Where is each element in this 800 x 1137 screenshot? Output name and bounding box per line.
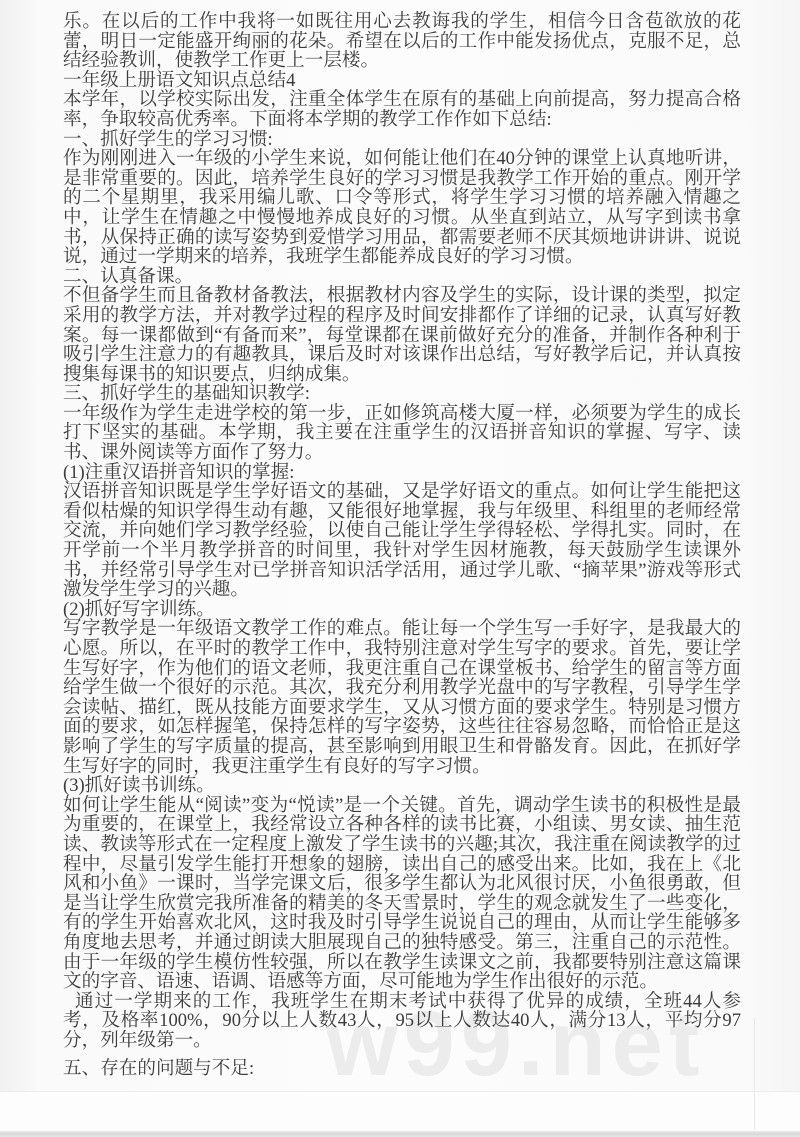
paragraph-exam-results: 通过一学期来的工作，我班学生在期末考试中获得了优异的成绩，全班44人参考，及格率… — [63, 992, 741, 1051]
document-body: 乐。在以后的工作中我将一如既往用心去教诲我的学生，相信今日含苞欲放的花蕾，明日一… — [63, 12, 741, 1079]
paragraph-reading: 如何让学生能从“阅读”变为“悦读”是一个关键。首先，调动学生读书的积极性是最为重… — [63, 796, 741, 992]
paragraph-closing-remarks: 乐。在以后的工作中我将一如既往用心去教诲我的学生，相信今日含苞欲放的花蕾，明日一… — [63, 12, 741, 71]
document-screenshot: w99.net 乐。在以后的工作中我将一如既往用心去教诲我的学生，相信今日含苞欲… — [0, 0, 800, 1137]
subheading-pinyin: (1)注重汉语拼音知识的掌握: — [63, 463, 741, 483]
subheading-reading: (3)抓好读书训练。 — [63, 776, 741, 796]
doc-section-title: 一年级上册语文知识点总结4 — [63, 71, 741, 91]
page-edge-line — [754, 1018, 755, 1130]
heading-lesson-prep: 二、认真备课。 — [63, 267, 741, 287]
page-bottom-edge — [0, 1131, 800, 1137]
heading-basic-knowledge: 三、抓好学生的基础知识教学: — [63, 384, 741, 404]
paragraph-pinyin: 汉语拼音知识既是学生学好语文的基础，又是学好语文的重点。如何让学生能把这看似枯燥… — [63, 482, 741, 600]
paragraph-study-habits: 作为刚刚进入一年级的小学生来说，如何能让他们在40分钟的课堂上认真地听讲，是非常… — [63, 149, 741, 267]
heading-study-habits: 一、抓好学生的学习习惯: — [63, 130, 741, 150]
heading-problems: 五、存在的问题与不足: — [63, 1059, 741, 1079]
paragraph-basic-knowledge: 一年级作为学生走进学校的第一步，正如修筑高楼大厦一样，必须要为学生的成长打下坚实… — [63, 404, 741, 463]
paragraph-writing: 写字教学是一年级语文教学工作的难点。能让每一个学生写一手好字，是我最大的心愿。所… — [63, 619, 741, 776]
paragraph-overview: 本学年，以学校实际出发，注重全体学生在原有的基础上向前提高，努力提高合格率，争取… — [63, 90, 741, 129]
subheading-writing: (2)抓好写字训练。 — [63, 600, 741, 620]
scanned-page: w99.net 乐。在以后的工作中我将一如既往用心去教诲我的学生，相信今日含苞欲… — [0, 0, 800, 1092]
paragraph-lesson-prep: 不但备学生而且备教材备教法，根据教材内容及学生的实际，设计课的类型，拟定采用的教… — [63, 286, 741, 384]
